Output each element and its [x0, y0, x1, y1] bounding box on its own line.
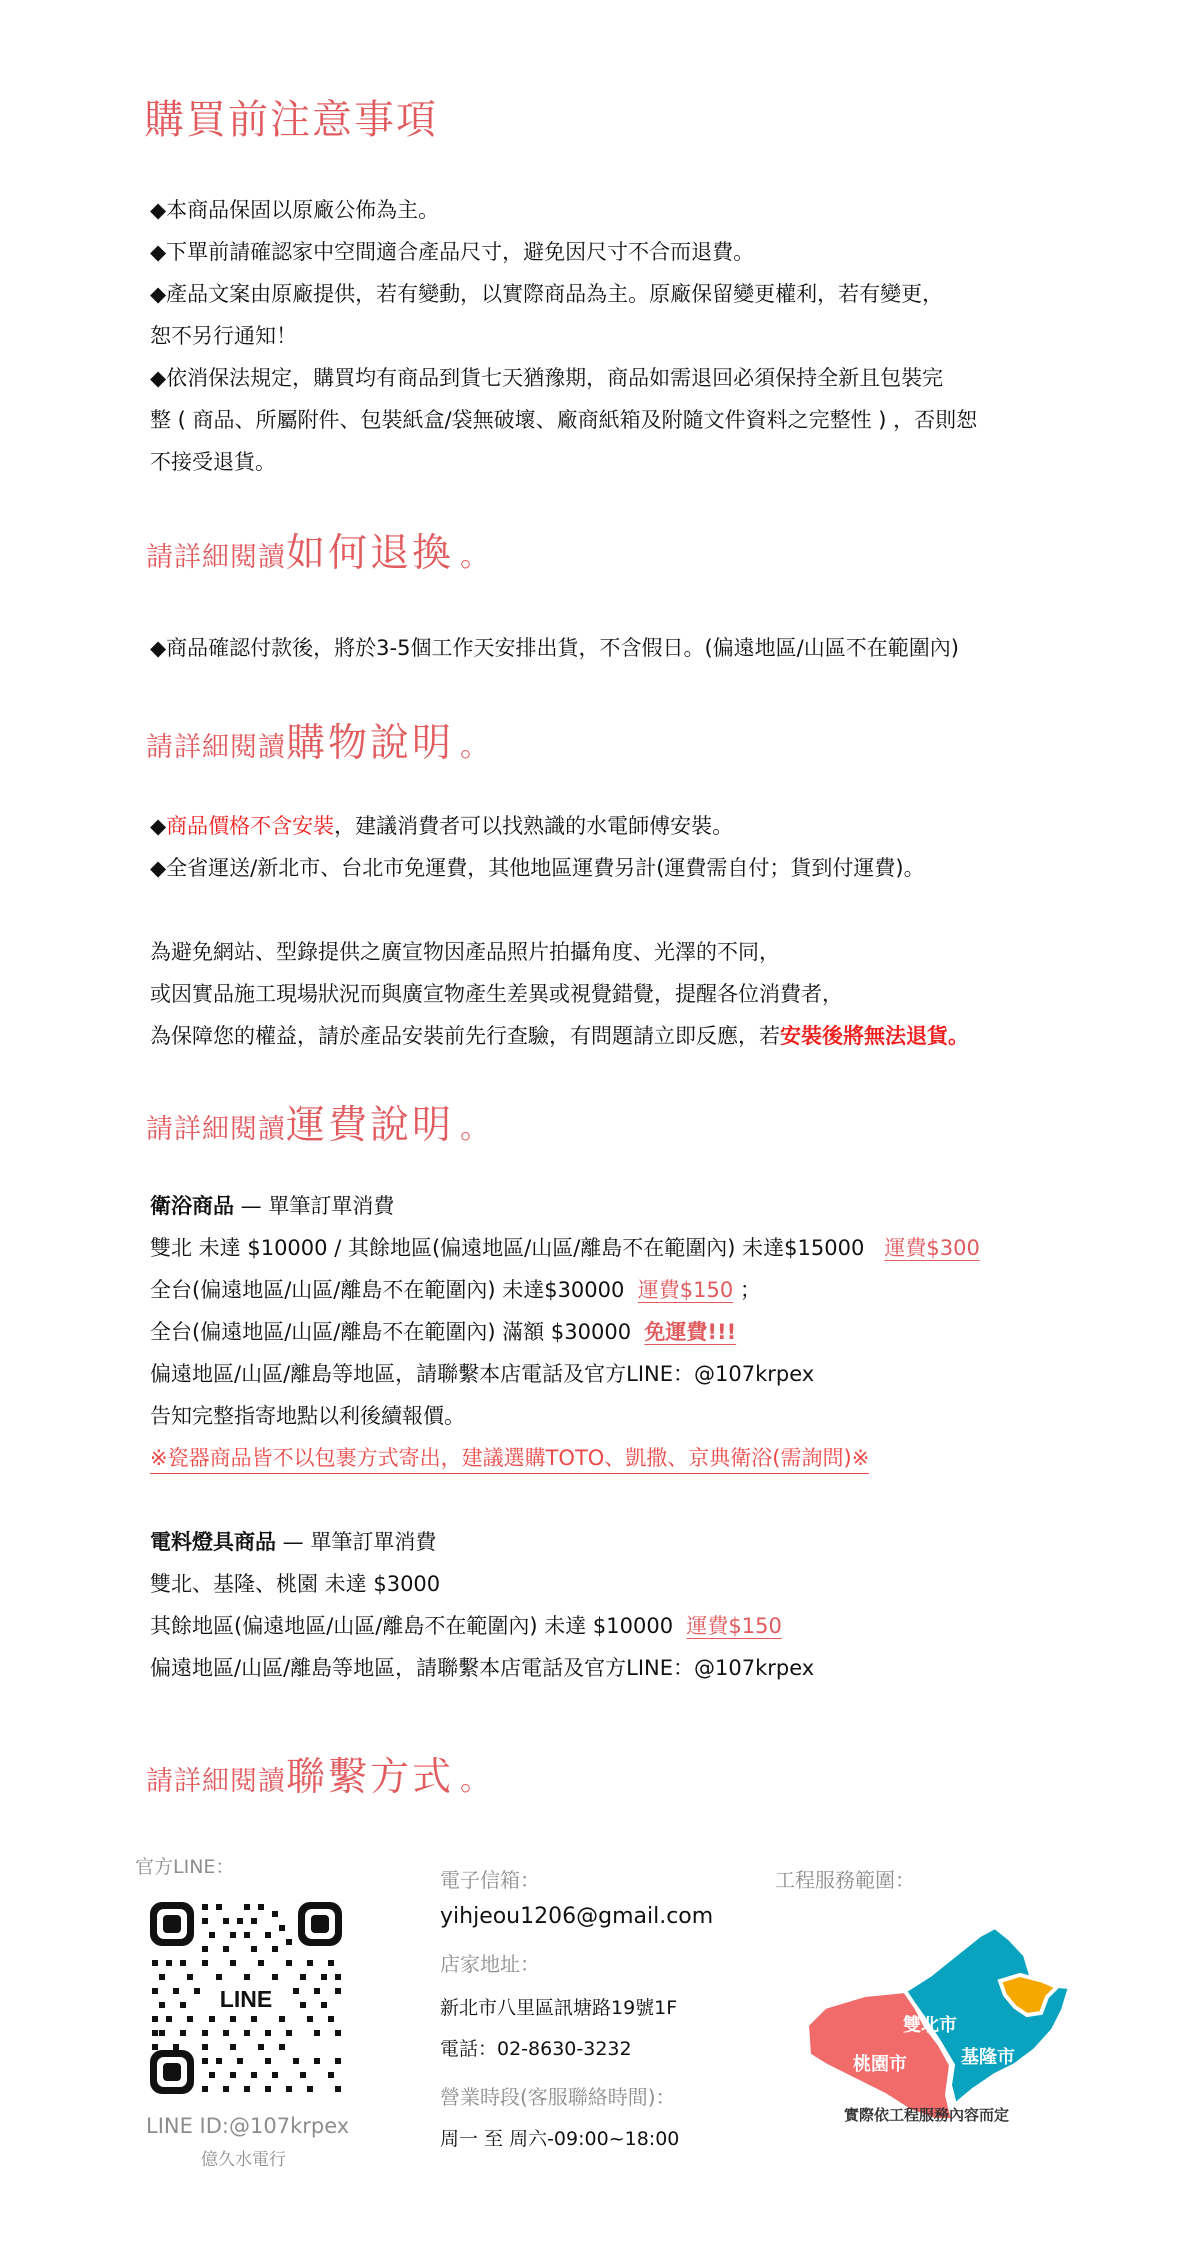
store-address: 新北市八里區訊塘路19號1F — [440, 1993, 677, 2020]
line-qr-code[interactable]: LINE — [146, 1898, 346, 2098]
heading-dot: 。 — [460, 1111, 490, 1146]
electric-line-2-text: 其餘地區(偏遠地區/山區/離島不在範圍內) 未達 $10000 — [150, 1614, 673, 1638]
bath-heading: 衛浴商品 — 單筆訂單消費 — [150, 1192, 394, 1220]
electric-heading: 電料燈具商品 — 單筆訂單消費 — [150, 1528, 436, 1556]
bath-category: 衛浴商品 — [150, 1194, 234, 1218]
shopping-para-3: 為保障您的權益，請於產品安裝前先行查驗，有問題請立即反應，若安裝後將無法退貨。 — [150, 1022, 969, 1050]
bath-suffix: — 單筆訂單消費 — [234, 1194, 394, 1218]
store-name: 億久水電行 — [201, 2145, 286, 2170]
electric-line-2: 其餘地區(偏遠地區/山區/離島不在範圍內) 未達 $10000 運費$150 — [150, 1612, 782, 1640]
notice-item-4: ◆依消保法規定，購買均有商品到貨七天猶豫期，商品如需退回必須保持全新且包裝完 — [150, 364, 943, 392]
region-keelung-label: 基隆市 — [961, 2043, 1015, 2069]
region-shuangbei-label: 雙北市 — [903, 2011, 957, 2037]
electric-category: 電料燈具商品 — [150, 1530, 276, 1554]
electric-suffix: — 單筆訂單消費 — [276, 1530, 436, 1554]
shipping-fee-150-link[interactable]: 運費$150 — [686, 1614, 781, 1638]
para-3-text: 為保障您的權益，請於產品安裝前先行查驗，有問題請立即反應，若 — [150, 1024, 780, 1048]
email-label: 電子信箱： — [440, 1864, 540, 1893]
shipping-heading: 請詳細閱讀運費說明。 — [146, 1094, 490, 1150]
notice-item-4-cont: 整 ( 商品、所屬附件、包裝紙盒/袋無破壞、廠商紙箱及附隨文件資料之完整性 ) … — [150, 406, 977, 434]
heading-dot: 。 — [460, 539, 490, 574]
phone-number[interactable]: 電話：02-8630-3232 — [440, 2034, 632, 2061]
heading-dot: 。 — [460, 729, 490, 764]
notice-item-1: ◆本商品保固以原廠公佈為主。 — [150, 196, 439, 224]
bath-line-2-text: 全台(偏遠地區/山區/離島不在範圍內) 未達$30000 — [150, 1278, 624, 1302]
notice-item-3: ◆產品文案由原廠提供，若有變動，以實際商品為主。原廠保留變更權利，若有變更， — [150, 280, 943, 308]
notice-item-4-end: 不接受退貨。 — [150, 448, 276, 476]
heading-title: 聯繫方式 — [286, 1755, 454, 1800]
contact-heading: 請詳細閱讀聯繫方式。 — [146, 1746, 490, 1802]
heading-prefix: 請詳細閱讀 — [146, 1114, 286, 1145]
heading-dot: 。 — [460, 1763, 490, 1798]
install-advice: ，建議消費者可以找熟識的水電師傅安裝。 — [334, 814, 733, 838]
heading-title: 如何退換 — [286, 531, 454, 576]
semicolon: ； — [740, 1278, 761, 1302]
hours-label: 營業時段(客服聯絡時間)： — [440, 2081, 676, 2110]
bath-line-2: 全台(偏遠地區/山區/離島不在範圍內) 未達$30000 運費$150 ； — [150, 1276, 761, 1304]
heading-title: 運費說明 — [286, 1103, 454, 1148]
shipping-fee-300-link[interactable]: 運費$300 — [884, 1236, 979, 1260]
bath-line-3: 全台(偏遠地區/山區/離島不在範圍內) 滿額 $30000 免運費!!! — [150, 1318, 736, 1346]
shopping-para-2: 或因實品施工現場狀況而與廣宣物產生差異或視覺錯覺，提醒各位消費者， — [150, 980, 843, 1008]
bath-line-3-text: 全台(偏遠地區/山區/離島不在範圍內) 滿額 $30000 — [150, 1320, 631, 1344]
bath-line-1: 雙北 未達 $10000 / 其餘地區(偏遠地區/山區/離島不在範圍內) 未達$… — [150, 1234, 980, 1262]
electric-line-3: 偏遠地區/山區/離島等地區，請聯繫本店電話及官方LINE：@107krpex — [150, 1654, 814, 1682]
heading-prefix: 請詳細閱讀 — [146, 1766, 286, 1797]
shopping-para-1: 為避免網站、型錄提供之廣宣物因產品照片拍攝角度、光澤的不同， — [150, 938, 780, 966]
email-link[interactable]: yihjeou1206@gmail.com — [440, 1904, 713, 1929]
region-taoyuan-label: 桃園市 — [853, 2050, 907, 2076]
line-id: LINE ID:@107krpex — [146, 2114, 349, 2138]
bullet: ◆ — [150, 814, 166, 838]
shipping-fee-150-link[interactable]: 運費$150 — [638, 1278, 733, 1302]
electric-line-1: 雙北、基隆、桃園 未達 $3000 — [150, 1570, 440, 1598]
service-area-map: 桃園市 雙北市 基隆市 — [795, 1915, 1075, 2125]
ceramic-warning-text: ※瓷器商品皆不以包裹方式寄出，建議選購TOTO、凱撒、京典衛浴(需詢問)※ — [150, 1446, 869, 1474]
line-label: 官方LINE： — [135, 1852, 234, 1879]
page-title: 購買前注意事項 — [144, 88, 438, 145]
notice-item-3-cont: 恕不另行通知！ — [150, 322, 297, 350]
install-not-included: 商品價格不含安裝 — [166, 814, 334, 838]
address-label: 店家地址： — [440, 1948, 540, 1977]
shopping-item-2: ◆全省運送/新北市、台北市免運費，其他地區運費另計(運費需自付；貨到付運費)。 — [150, 854, 925, 882]
heading-prefix: 請詳細閱讀 — [146, 542, 286, 573]
business-hours: 周一 至 周六-09:00~18:00 — [440, 2124, 679, 2151]
heading-title: 購物說明 — [286, 721, 454, 766]
qr-line-logo: LINE — [206, 1984, 286, 2014]
free-shipping-link[interactable]: 免運費!!! — [644, 1320, 736, 1344]
notice-item-2: ◆下單前請確認家中空間適合產品尺寸，避免因尺寸不合而退費。 — [150, 238, 754, 266]
map-caption: 實際依工程服務內容而定 — [844, 2104, 1009, 2125]
heading-prefix: 請詳細閱讀 — [146, 732, 286, 763]
bath-line-4: 偏遠地區/山區/離島等地區，請聯繫本店電話及官方LINE：@107krpex — [150, 1360, 814, 1388]
shopping-item-1: ◆商品價格不含安裝，建議消費者可以找熟識的水電師傅安裝。 — [150, 812, 733, 840]
shopping-heading: 請詳細閱讀購物說明。 — [146, 712, 490, 768]
ceramic-warning: ※瓷器商品皆不以包裹方式寄出，建議選購TOTO、凱撒、京典衛浴(需詢問)※ — [150, 1444, 869, 1472]
returns-item-1: ◆商品確認付款後，將於3-5個工作天安排出貨，不含假日。(偏遠地區/山區不在範圍… — [150, 634, 959, 662]
bath-line-1-text: 雙北 未達 $10000 / 其餘地區(偏遠地區/山區/離島不在範圍內) 未達$… — [150, 1236, 864, 1260]
no-return-warning: 安裝後將無法退貨。 — [780, 1024, 969, 1048]
service-area-label: 工程服務範圍： — [775, 1864, 915, 1893]
returns-heading: 請詳細閱讀如何退換。 — [146, 522, 490, 578]
bath-line-5: 告知完整指寄地點以利後續報價。 — [150, 1402, 465, 1430]
